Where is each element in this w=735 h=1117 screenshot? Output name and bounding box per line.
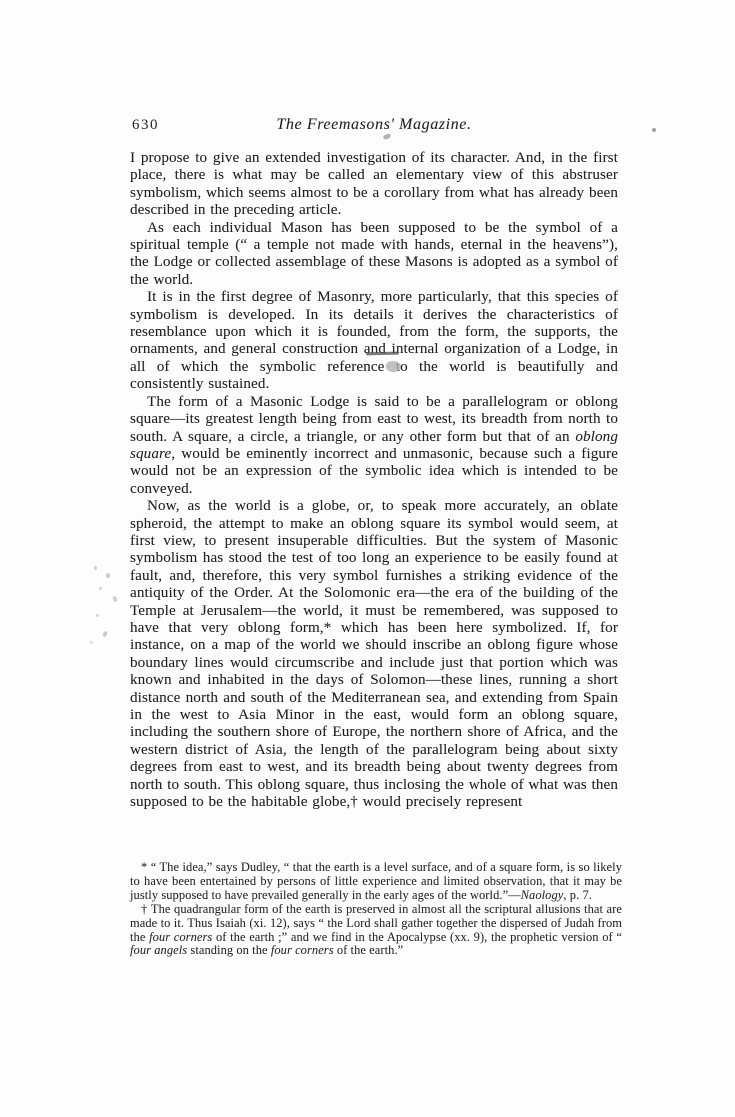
footnote: † The quadrangular form of the earth is … [130,903,622,959]
italic-phrase: Naology [521,888,564,902]
italic-phrase: four angels [130,943,187,957]
scan-speck [90,641,93,644]
scan-speck [102,630,108,637]
paragraph: I propose to give an extended investigat… [130,150,618,220]
journal-title: The Freemasons' Magazine. [130,116,618,134]
scanned-magazine-page: 630 The Freemasons' Magazine. I propose … [0,0,735,1117]
text-run: , p. 7. [563,888,592,902]
text-run: , would be eminently incorrect and unmas… [130,446,618,497]
text-run: standing on the [187,943,271,957]
page-header: 630 The Freemasons' Magazine. [130,116,618,138]
scan-speck [94,566,97,570]
italic-phrase: four corners [271,943,334,957]
paragraph: Now, as the world is a globe, or, to spe… [130,498,618,811]
text-run: I propose to give an extended investigat… [130,150,618,218]
scan-speck [99,587,102,590]
paragraph: It is in the first degree of Masonry, mo… [130,289,618,393]
text-run: The form of a Masonic Lodge is said to b… [130,394,618,445]
text-run: It is in the first degree of Masonry, mo… [130,289,618,392]
text-run: of the earth.” [334,943,404,957]
paragraph: The form of a Masonic Lodge is said to b… [130,394,618,498]
text-run: of the earth ;” and we find in the Apoca… [212,930,622,944]
text-run: Now, as the world is a globe, or, to spe… [130,498,618,810]
scan-speck [96,614,99,617]
paragraph: As each individual Mason has been suppos… [130,220,618,290]
italic-phrase: four corners [149,930,212,944]
footnotes-section: * “ The idea,” says Dudley, “ that the e… [130,861,622,958]
scan-dot-header-right [652,128,656,132]
text-run: As each individual Mason has been suppos… [130,220,618,288]
article-body: I propose to give an extended investigat… [130,150,618,811]
scan-speck [112,595,118,602]
footnote: * “ The idea,” says Dudley, “ that the e… [130,861,622,903]
scan-speck [105,572,111,578]
